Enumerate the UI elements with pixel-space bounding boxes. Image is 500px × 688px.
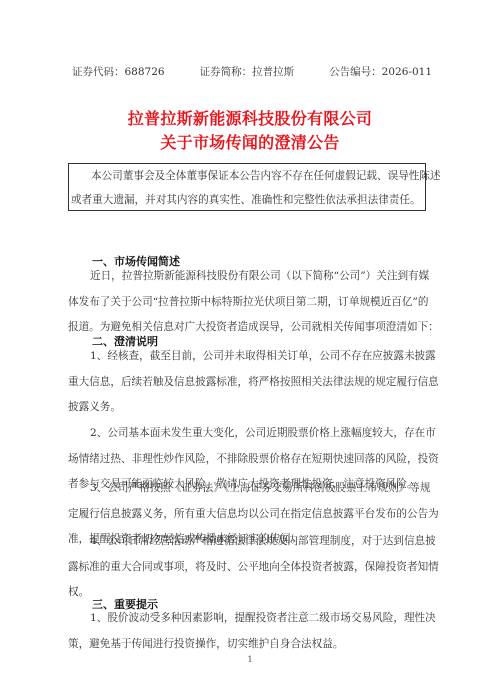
text-line: 3、公司严格按照《证券法》《上海证券交易所科创板股票上市规则》等规 [68, 476, 434, 502]
text-line: 定履行信息披露义务，所有重大信息均以公司在指定信息披露平台发布的公告为 [68, 502, 434, 528]
text-line: 策，避免基于传闻进行投资操作，切实维护自身合法权益。 [68, 632, 434, 658]
stock-short-name: 证券简称：拉普拉斯 [200, 64, 295, 79]
text-line: 披露义务。 [68, 395, 434, 421]
section-2-paragraph-4: 4、公司日常经营活动严格遵循法律法规及内部管理制度，对于达到信息披 露标准的重大… [68, 529, 434, 606]
text-line: 1、股价波动受多种因素影响，提醒投资者注意二级市场交易风险，理性决 [68, 606, 434, 632]
disclaimer-box: 本公司董事会及全体董事保证本公告内容不存在任何虚假记载、误导性陈述 或者重大遗漏… [68, 163, 426, 211]
announcement-title: 关于市场传闻的澄清公告 [0, 130, 500, 153]
section-1-paragraph-1: 近日，拉普拉斯新能源科技股份有限公司（以下简称“公司”）关注到有媒 体发布了关于… [68, 264, 434, 341]
document-page: 证券代码：688726 证券简称：拉普拉斯 公告编号：2026-011 拉普拉斯… [0, 0, 500, 688]
text-line: 露标准的重大合同或事项，将及时、公平地向全体投资者披露，保障投资者知情 [68, 555, 434, 581]
disclaimer-line-1: 本公司董事会及全体董事保证本公告内容不存在任何虚假记载、误导性陈述 [69, 164, 425, 188]
company-name-title: 拉普拉斯新能源科技股份有限公司 [0, 106, 500, 129]
text-line: 1、经核查，截至目前，公司并未取得相关订单，公司不存在应披露未披露 [68, 344, 434, 370]
page-number: 1 [0, 655, 500, 664]
stock-code: 证券代码：688726 [72, 64, 165, 79]
announcement-header: 证券代码：688726 证券简称：拉普拉斯 公告编号：2026-011 [72, 64, 432, 79]
text-line: 重大信息，后续若触及信息披露标准，将严格按照相关法律法规的规定履行信息 [68, 370, 434, 396]
section-2-paragraph-1: 1、经核查，截至目前，公司并未取得相关订单，公司不存在应披露未披露 重大信息，后… [68, 344, 434, 421]
disclaimer-line-2: 或者重大遗漏，并对其内容的真实性、准确性和完整性依法承担法律责任。 [69, 188, 425, 212]
text-line: 近日，拉普拉斯新能源科技股份有限公司（以下简称“公司”）关注到有媒 [68, 264, 434, 290]
section-3-paragraph-1: 1、股价波动受多种因素影响，提醒投资者注意二级市场交易风险，理性决 策，避免基于… [68, 606, 434, 657]
text-line: 体发布了关于公司“拉普拉斯中标特斯拉光伏项目第二期，订单规模近百亿”的 [68, 290, 434, 316]
text-line: 2、公司基本面未发生重大变化，公司近期股票价格上涨幅度较大，存在市 [68, 421, 434, 447]
announcement-number: 公告编号：2026-011 [329, 64, 432, 79]
text-line: 场情绪过热、非理性炒作风险，不排除股票价格存在短期快速回落的风险，投资 [68, 447, 434, 473]
text-line: 4、公司日常经营活动严格遵循法律法规及内部管理制度，对于达到信息披 [68, 529, 434, 555]
